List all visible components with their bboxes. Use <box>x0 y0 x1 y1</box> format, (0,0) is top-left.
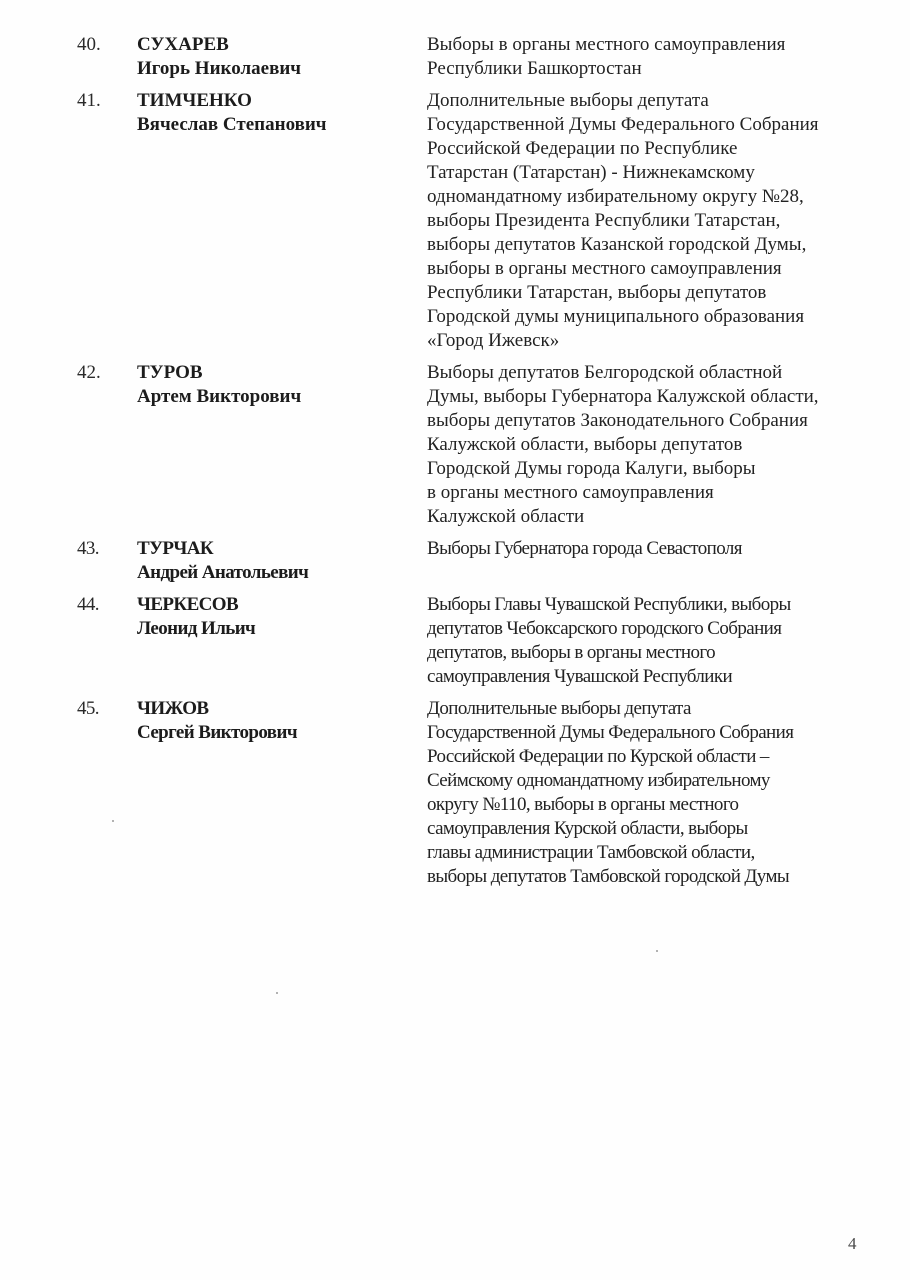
elections-description: Выборы Главы Чувашской Республики, выбор… <box>427 593 867 689</box>
entry-number: 40. <box>77 33 137 81</box>
given-names: Сергей Викторович <box>137 721 427 745</box>
surname: ЧИЖОВ <box>137 697 427 721</box>
list-item: 44. ЧЕРКЕСОВ Леонид Ильич Выборы Главы Ч… <box>0 593 910 689</box>
surname: СУХАРЕВ <box>137 33 427 57</box>
list-item: 43. ТУРЧАК Андрей Анатольевич Выборы Губ… <box>0 537 910 585</box>
entry-number: 42. <box>77 361 137 529</box>
given-names: Вячеслав Степанович <box>137 113 427 137</box>
entry-number: 45. <box>77 697 137 889</box>
surname: ТИМЧЕНКО <box>137 89 427 113</box>
given-names: Артем Викторович <box>137 385 427 409</box>
given-names: Леонид Ильич <box>137 617 427 641</box>
surname: ТУРЧАК <box>137 537 427 561</box>
elections-description: Выборы депутатов Белгородской областной … <box>427 361 867 529</box>
elections-description: Дополнительные выборы депутата Государст… <box>427 697 867 889</box>
person-name: ЧИЖОВ Сергей Викторович <box>137 697 427 889</box>
entry-number: 44. <box>77 593 137 689</box>
list-item: 41. ТИМЧЕНКО Вячеслав Степанович Дополни… <box>0 89 910 353</box>
surname: ТУРОВ <box>137 361 427 385</box>
list-item: 40. СУХАРЕВ Игорь Николаевич Выборы в ор… <box>0 33 910 81</box>
person-name: СУХАРЕВ Игорь Николаевич <box>137 33 427 81</box>
elections-description: Дополнительные выборы депутата Государст… <box>427 89 867 353</box>
scan-speck <box>276 992 278 994</box>
entry-number: 43. <box>77 537 137 585</box>
entries-list: 40. СУХАРЕВ Игорь Николаевич Выборы в ор… <box>0 33 910 897</box>
given-names: Андрей Анатольевич <box>137 561 427 585</box>
scan-speck <box>656 950 658 952</box>
surname: ЧЕРКЕСОВ <box>137 593 427 617</box>
list-item: 45. ЧИЖОВ Сергей Викторович Дополнительн… <box>0 697 910 889</box>
person-name: ТУРОВ Артем Викторович <box>137 361 427 529</box>
person-name: ТИМЧЕНКО Вячеслав Степанович <box>137 89 427 353</box>
elections-description: Выборы в органы местного самоуправления … <box>427 33 867 81</box>
entry-number: 41. <box>77 89 137 353</box>
person-name: ТУРЧАК Андрей Анатольевич <box>137 537 427 585</box>
document-page: 40. СУХАРЕВ Игорь Николаевич Выборы в ор… <box>0 0 910 1280</box>
scan-speck <box>112 820 114 822</box>
page-number: 4 <box>848 1234 857 1254</box>
elections-description: Выборы Губернатора города Севастополя <box>427 537 867 585</box>
person-name: ЧЕРКЕСОВ Леонид Ильич <box>137 593 427 689</box>
given-names: Игорь Николаевич <box>137 57 427 81</box>
list-item: 42. ТУРОВ Артем Викторович Выборы депута… <box>0 361 910 529</box>
